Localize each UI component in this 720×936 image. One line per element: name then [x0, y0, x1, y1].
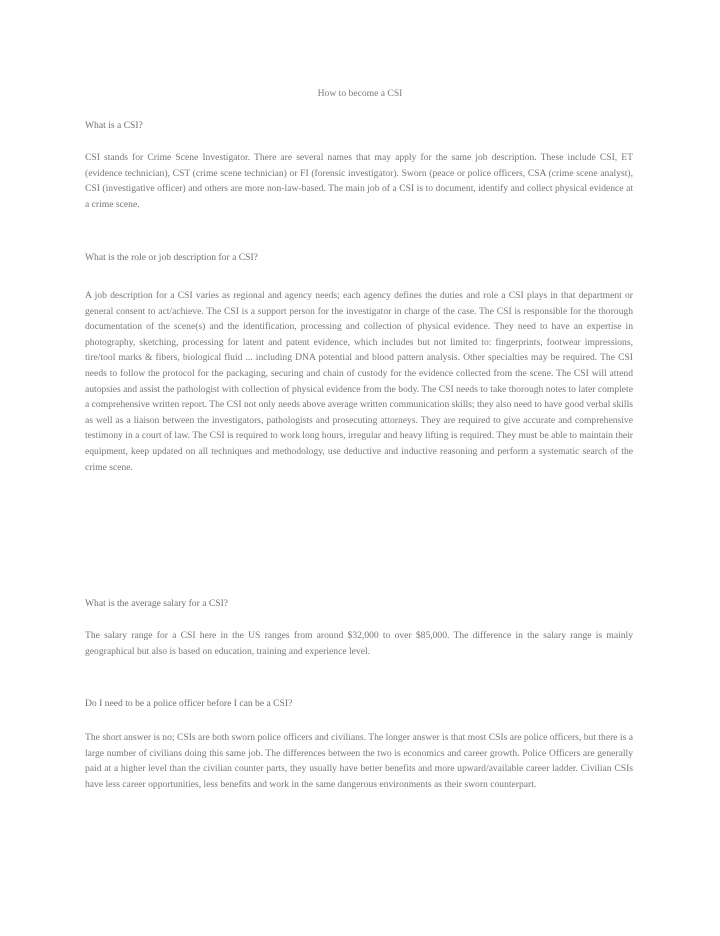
section-what-is-csi: What is a CSI? — [85, 118, 633, 134]
section-police-officer: Do I need to be a police officer before … — [85, 696, 633, 712]
section-body: The short answer is no; CSIs are both sw… — [85, 730, 633, 792]
section-body: A job description for a CSI varies as re… — [85, 288, 633, 475]
section-body: The salary range for a CSI here in the U… — [85, 628, 633, 659]
document-title: How to become a CSI — [0, 86, 720, 102]
document-page: How to become a CSI What is a CSI? CSI s… — [0, 0, 720, 936]
section-heading: What is the average salary for a CSI? — [85, 596, 633, 612]
section-heading: What is a CSI? — [85, 118, 633, 134]
section-paragraph: The salary range for a CSI here in the U… — [85, 628, 633, 659]
section-role: What is the role or job description for … — [85, 250, 633, 266]
section-salary: What is the average salary for a CSI? — [85, 596, 633, 612]
section-body: CSI stands for Crime Scene Investigator.… — [85, 150, 633, 212]
section-heading: What is the role or job description for … — [85, 250, 633, 266]
section-paragraph: A job description for a CSI varies as re… — [85, 288, 633, 475]
section-paragraph: CSI stands for Crime Scene Investigator.… — [85, 150, 633, 212]
section-paragraph: The short answer is no; CSIs are both sw… — [85, 730, 633, 792]
section-heading: Do I need to be a police officer before … — [85, 696, 633, 712]
